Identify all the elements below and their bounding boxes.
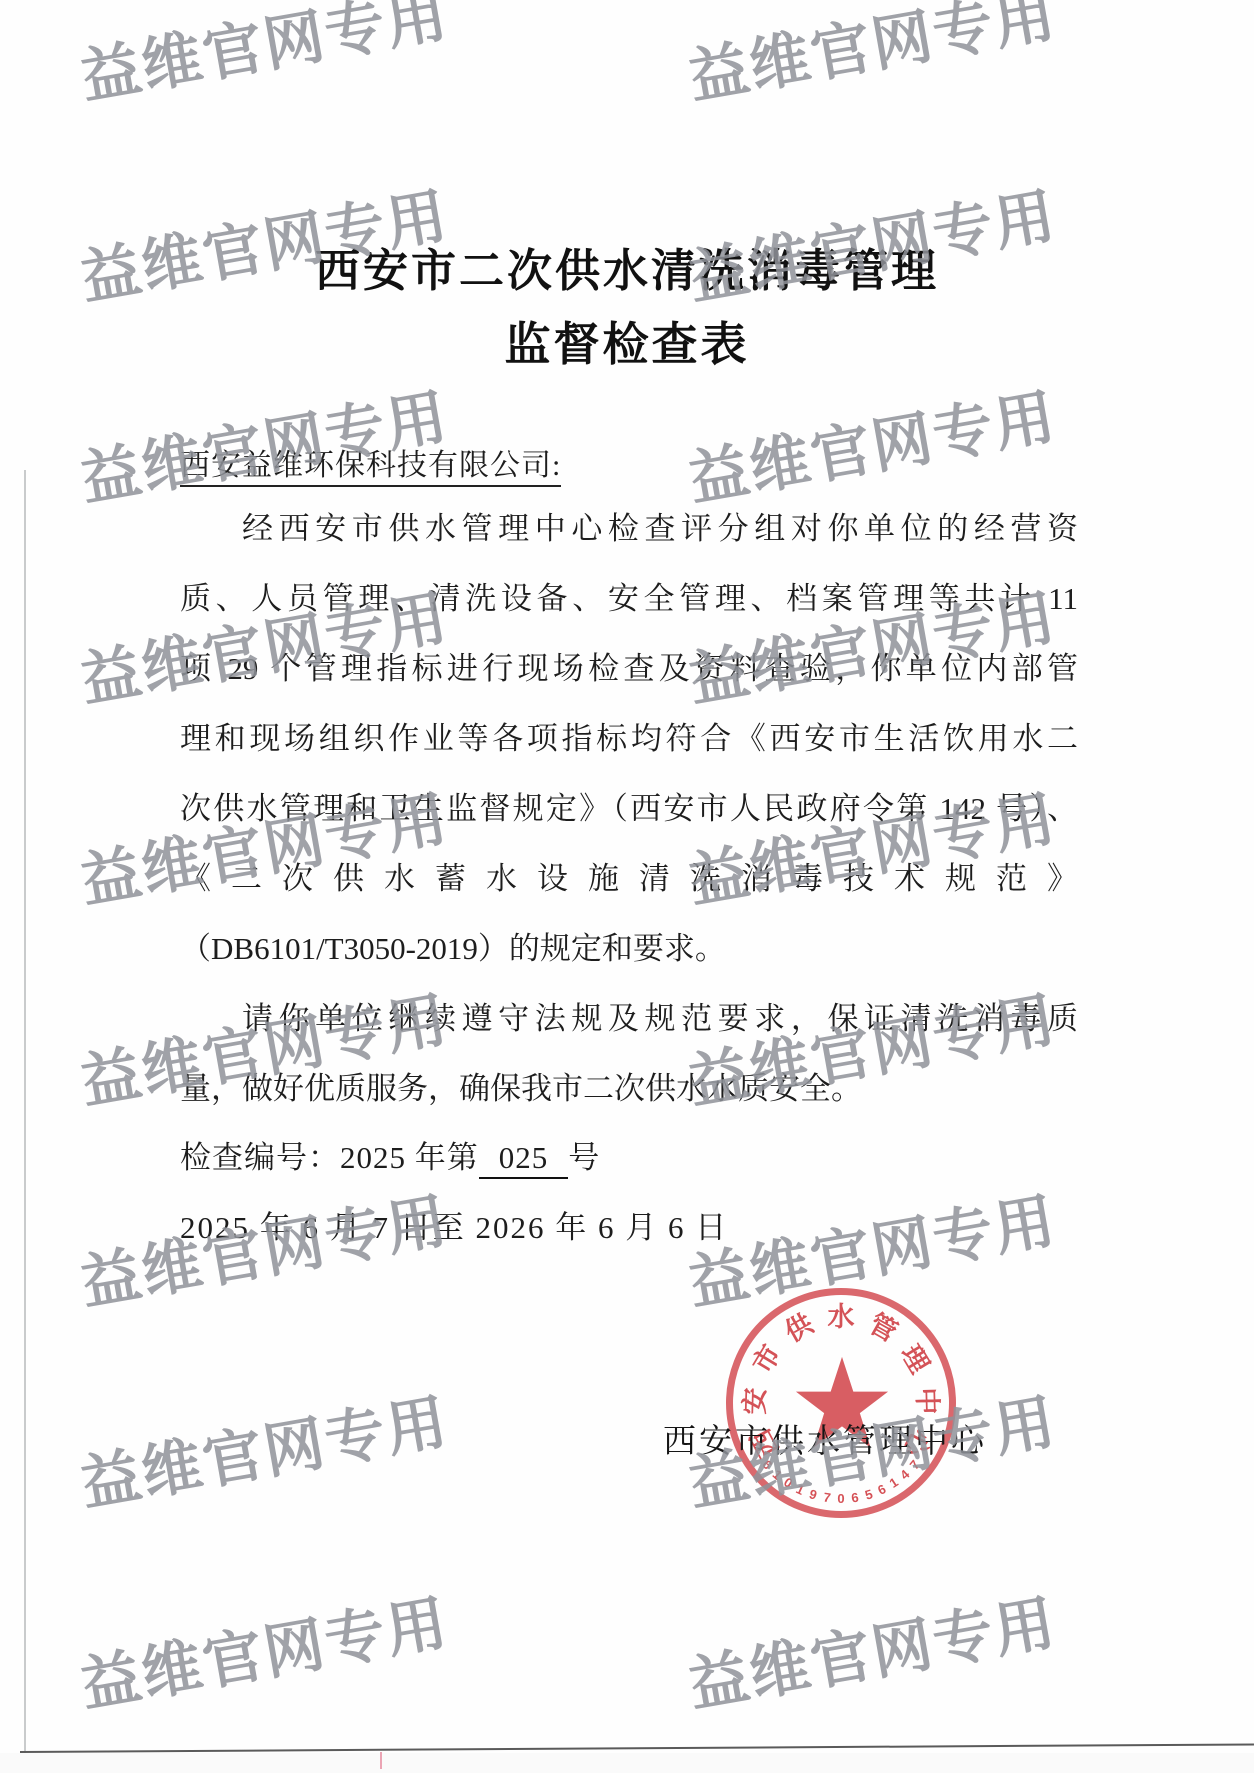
watermark-text: 益维官网专用: [681, 0, 1090, 116]
watermark-text: 益维官网专用: [73, 0, 482, 116]
body-line: 理和现场组织作业等各项指标均符合《西安市生活饮用水二: [180, 713, 1078, 783]
document-title-line2: 监督检查表: [177, 308, 1077, 374]
seal-code-char: 0: [835, 1492, 847, 1506]
salutation-line: 西安益维环保科技有限公司:: [180, 440, 561, 484]
body-line: （DB6101/T3050-2019）的规定和要求。: [180, 923, 1078, 993]
watermark-text: 益维官网专用: [73, 1369, 482, 1523]
inspection-number-line: 检查编号：2025 年第025号: [180, 1132, 600, 1177]
scan-edge-bottom-line: [20, 1743, 1254, 1753]
body-line: 质、人员管理、清洗设备、安全管理、档案管理等共计 11: [180, 573, 1078, 643]
document-title-line1: 西安市二次供水清洗消毒管理: [177, 234, 1077, 299]
inspection-number-suffix: 号: [568, 1140, 600, 1175]
body-text-block: 经西安市供水管理中心检查评分组对你单位的经营资 质、人员管理、清洗设备、安全管理…: [180, 503, 1078, 1133]
issuer-signature: 西安市供水管理中心: [663, 1415, 987, 1462]
watermark-text: 益维官网专用: [73, 1570, 482, 1724]
watermark-text: 益维官网专用: [681, 364, 1090, 518]
seal-code-char: 6: [848, 1490, 862, 1506]
official-red-seal: 西安市供水管理中心6101970656147: [726, 1288, 956, 1518]
body-line: 量，做好优质服务，确保我市二次供水水质安全。: [180, 1063, 1078, 1133]
body-line: 次供水管理和卫生监督规定》（西安市人民政府令第 142 号）、: [180, 783, 1078, 853]
scan-edge-left-line: [24, 470, 26, 1754]
salutation-text: 西安益维环保科技有限公司:: [180, 449, 561, 487]
body-line: 经西安市供水管理中心检查评分组对你单位的经营资: [180, 503, 1078, 573]
seal-ring-char: 中: [912, 1386, 943, 1415]
scan-bottom-shade: [0, 1753, 1254, 1773]
inspection-number-prefix: 检查编号：2025 年第: [180, 1140, 479, 1175]
validity-period-line: 2025 年 6 月 7 日至 2026 年 6 月 6 日: [180, 1202, 728, 1247]
seal-code-char: 7: [820, 1490, 834, 1506]
seal-ring-char: 安: [740, 1386, 771, 1415]
body-line: 请你单位继续遵守法规及规范要求，保证清洗消毒质: [180, 993, 1078, 1063]
scan-pink-mark: [380, 1752, 382, 1769]
body-line: 《二次供水蓄水设施清洗消毒技术规范》: [180, 853, 1078, 923]
body-line: 项 29 个管理指标进行现场检查及资料查验，你单位内部管: [180, 643, 1078, 713]
watermark-text: 益维官网专用: [681, 1570, 1090, 1724]
seal-ring-char: 水: [827, 1302, 855, 1332]
scanned-document-page: 西安市二次供水清洗消毒管理 监督检查表 西安益维环保科技有限公司: 经西安市供水…: [0, 0, 1254, 1773]
inspection-number-value: 025: [479, 1140, 569, 1179]
